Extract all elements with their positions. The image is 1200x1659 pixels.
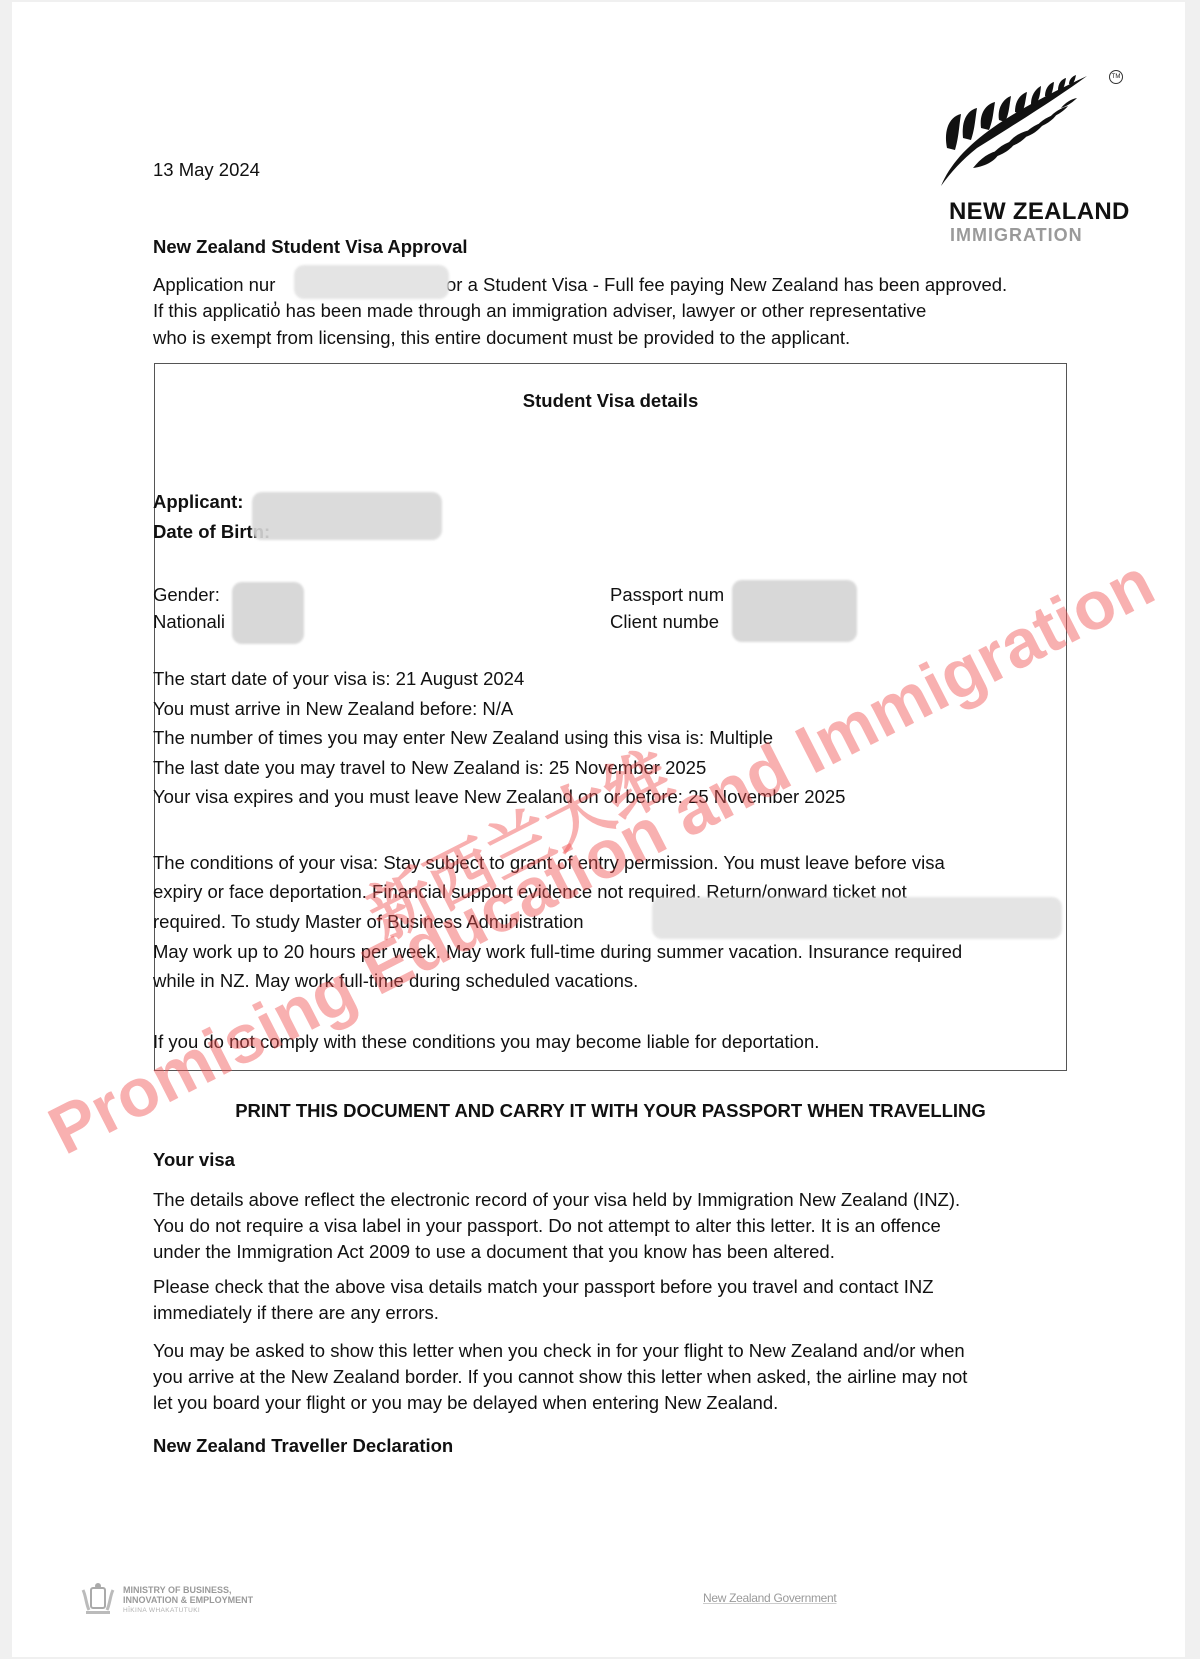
logo-line2: IMMIGRATION bbox=[950, 225, 1083, 246]
redacted-application-number bbox=[294, 265, 449, 299]
applicant-label: Applicant: bbox=[153, 489, 243, 515]
nationality-label: Nationali bbox=[153, 609, 225, 635]
redacted-gender-nationality bbox=[232, 582, 304, 644]
your-visa-heading: Your visa bbox=[153, 1147, 235, 1173]
visa-detail-line: You must arrive in New Zealand before: N… bbox=[153, 696, 513, 722]
silver-fern-icon bbox=[937, 68, 1097, 193]
document-page: TM NEW ZEALAND IMMIGRATION 13 May 2024 N… bbox=[12, 2, 1185, 1657]
conditions-line-5: while in NZ. May work full-time during s… bbox=[153, 968, 638, 994]
conditions-line-3: required. To study Master of Business Ad… bbox=[153, 909, 584, 935]
your-visa-paragraph-line: Please check that the above visa details… bbox=[153, 1274, 1056, 1300]
your-visa-paragraph-line: you arrive at the New Zealand border. If… bbox=[153, 1364, 1056, 1390]
traveller-declaration-heading: New Zealand Traveller Declaration bbox=[153, 1433, 453, 1459]
passport-label: Passport num bbox=[610, 582, 724, 608]
print-notice: PRINT THIS DOCUMENT AND CARRY IT WITH YO… bbox=[154, 1098, 1067, 1124]
redacted-passport-client bbox=[732, 580, 857, 642]
your-visa-paragraph-line: immediately if there are any errors. bbox=[153, 1300, 439, 1326]
your-visa-paragraph-line: The details above reflect the electronic… bbox=[153, 1187, 1056, 1213]
client-number-label: Client numbe bbox=[610, 609, 719, 635]
your-visa-paragraph-line: You may be asked to show this letter whe… bbox=[153, 1338, 1056, 1364]
nz-immigration-logo: TM NEW ZEALAND IMMIGRATION bbox=[937, 62, 1137, 252]
redacted-applicant-details bbox=[252, 492, 442, 540]
intro-line-1-start: Application nur bbox=[153, 272, 275, 298]
visa-detail-line: The last date you may travel to New Zeal… bbox=[153, 755, 706, 781]
your-visa-paragraph-line: under the Immigration Act 2009 to use a … bbox=[153, 1239, 835, 1265]
trademark-mark: TM bbox=[1109, 70, 1123, 84]
intro-line-3: who is exempt from licensing, this entir… bbox=[153, 325, 850, 351]
visa-detail-line: Your visa expires and you must leave New… bbox=[153, 784, 845, 810]
letter-date: 13 May 2024 bbox=[153, 157, 260, 183]
your-visa-paragraph-line: You do not require a visa label in your … bbox=[153, 1213, 1056, 1239]
intro-line-2: If this applicatio̓ has been made throug… bbox=[153, 298, 1056, 324]
gender-label: Gender: bbox=[153, 582, 220, 608]
redacted-study-provider bbox=[652, 897, 1062, 939]
details-title: Student Visa details bbox=[154, 388, 1067, 414]
your-visa-paragraph-line: let you board your flight or you may be … bbox=[153, 1390, 778, 1416]
mbie-line-2: INNOVATION & EMPLOYMENT bbox=[123, 1595, 253, 1606]
intro-line-1-end: or a Student Visa - Full fee paying New … bbox=[446, 272, 1007, 298]
conditions-line-1: The conditions of your visa: Stay subjec… bbox=[153, 850, 1056, 876]
letter-heading: New Zealand Student Visa Approval bbox=[153, 234, 468, 260]
conditions-line-4: May work up to 20 hours per week. May wo… bbox=[153, 939, 1056, 965]
mbie-line-3: HĪKINA WHAKATUTUKI bbox=[123, 1607, 200, 1614]
visa-detail-line: The start date of your visa is: 21 Augus… bbox=[153, 666, 524, 692]
footer-nz-government: New Zealand Government bbox=[703, 1591, 836, 1605]
logo-line1: NEW ZEALAND bbox=[949, 198, 1130, 226]
visa-detail-line: The number of times you may enter New Ze… bbox=[153, 725, 773, 751]
nz-coat-of-arms-icon bbox=[80, 1582, 116, 1616]
deportation-warning: If you do not comply with these conditio… bbox=[153, 1029, 819, 1055]
